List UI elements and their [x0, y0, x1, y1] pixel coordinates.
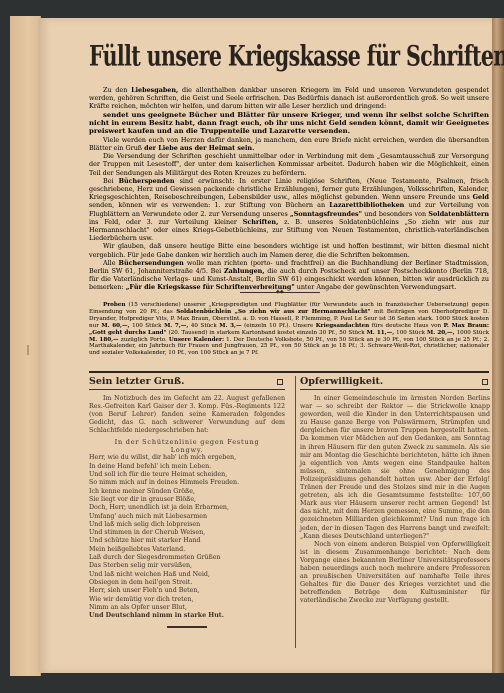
- book-right-edge: [492, 18, 504, 673]
- address-paragraph: Alle Büchersendungen wolle man richten (…: [89, 259, 489, 292]
- poem-line: Herr, wie du willst, dir hab' ich mich e…: [89, 454, 285, 462]
- article-opferwilligkeit: Opferwilligkeit. In einer Gemeindeschule…: [300, 376, 490, 605]
- article-heading: Sein letzter Gruß.: [89, 376, 285, 390]
- poem-line: Sie liegt vor dir in grauser Blöße,: [89, 496, 285, 504]
- end-rule: [167, 626, 207, 628]
- poem-line: Doch, Herr, unendlich ist ja dein Erbarm…: [89, 504, 285, 512]
- poem-line: Laß durch der Siegesdrommeten Grüßen: [89, 554, 285, 562]
- shipping-paragraph: Die Versendung der Schriften geschieht u…: [89, 152, 489, 177]
- article-sein-letzter-gruss: Sein letzter Gruß. Im Notizbuch des im G…: [89, 376, 285, 628]
- article-heading: Opferwilligkeit.: [300, 376, 490, 390]
- intro-paragraph: Zu den Liebesgaben, die allenthalben dan…: [89, 86, 489, 111]
- poem-line: Nimm an als Opfer unser Blut,: [89, 604, 285, 612]
- ornament-divider: ◆◆: [240, 292, 320, 296]
- poem-line: Umfang' auch mich mit Liebesarmen: [89, 513, 285, 521]
- article-intro: Im Notizbuch des im Gefecht am 22. Augus…: [89, 395, 285, 435]
- column-divider: [295, 376, 296, 648]
- appeal-highlight: sendet uns geeignete Bücher und Blätter …: [89, 111, 489, 136]
- poem-title: In der Schützenlinie gegen Festung Longw…: [89, 438, 285, 454]
- poem-line: So nimm mich auf in deines Himmels Freud…: [89, 479, 285, 487]
- poem-line: Herr, sieh unser Fleh'n und Beten,: [89, 587, 285, 595]
- book-spine-edge: [10, 16, 41, 676]
- thanks-paragraph: Viele werden euch von Herzen dafür danke…: [89, 136, 489, 152]
- poem-line: Ich kenne meiner Sünden Größe,: [89, 488, 285, 496]
- poem-line: Und laß mich selig dich lobpreisen: [89, 521, 285, 529]
- poem-line: Wie wir demütig vor dich treten,: [89, 596, 285, 604]
- page-title: Füllt unsere Kriegskasse für Schriftenve…: [89, 40, 489, 72]
- square-ornament-icon: [482, 379, 488, 385]
- poem-line: In deine Hand befehl' ich mein Leben.: [89, 463, 285, 471]
- poem-line: Und laß nicht weichen Haß und Neid,: [89, 571, 285, 579]
- poem: Herr, wie du willst, dir hab' ich mich e…: [89, 454, 285, 620]
- poem-line: Obsiegen in dem heil'gen Streit.: [89, 579, 285, 587]
- poem-line: Und soll ich für die teure Heimat scheid…: [89, 471, 285, 479]
- poem-line: Und stimmen in der Cherub Weisen,: [89, 529, 285, 537]
- section-rule: [89, 371, 489, 373]
- square-ornament-icon: [277, 379, 283, 385]
- ornament-glyph: ◆◆: [276, 289, 284, 295]
- belief-paragraph: Wir glauben, daß unsere heutige Bitte ei…: [89, 242, 489, 258]
- donations-paragraph: Bei Bücherspenden sind erwünscht: In ers…: [89, 177, 489, 243]
- poem-line: Mein heißgeliebtes Vaterland.: [89, 546, 285, 554]
- page-mark: [27, 345, 29, 355]
- poem-last-line: Und Deutschland nimm in starke Hut.: [89, 612, 285, 620]
- poem-line: Das Sterben selig mir versüßen,: [89, 562, 285, 570]
- article-paragraph: In einer Gemeindeschule im ärmsten Norde…: [300, 395, 490, 541]
- appeal-article: Zu den Liebesgaben, die allenthalben dan…: [89, 86, 489, 292]
- article-paragraph: Noch von einem anderen Beispiel von Opfe…: [300, 541, 490, 606]
- poem-line: Und schütze hier mit starker Hand: [89, 537, 285, 545]
- samples-notice: Proben (15 verschiedene) unserer „Kriegs…: [89, 302, 489, 357]
